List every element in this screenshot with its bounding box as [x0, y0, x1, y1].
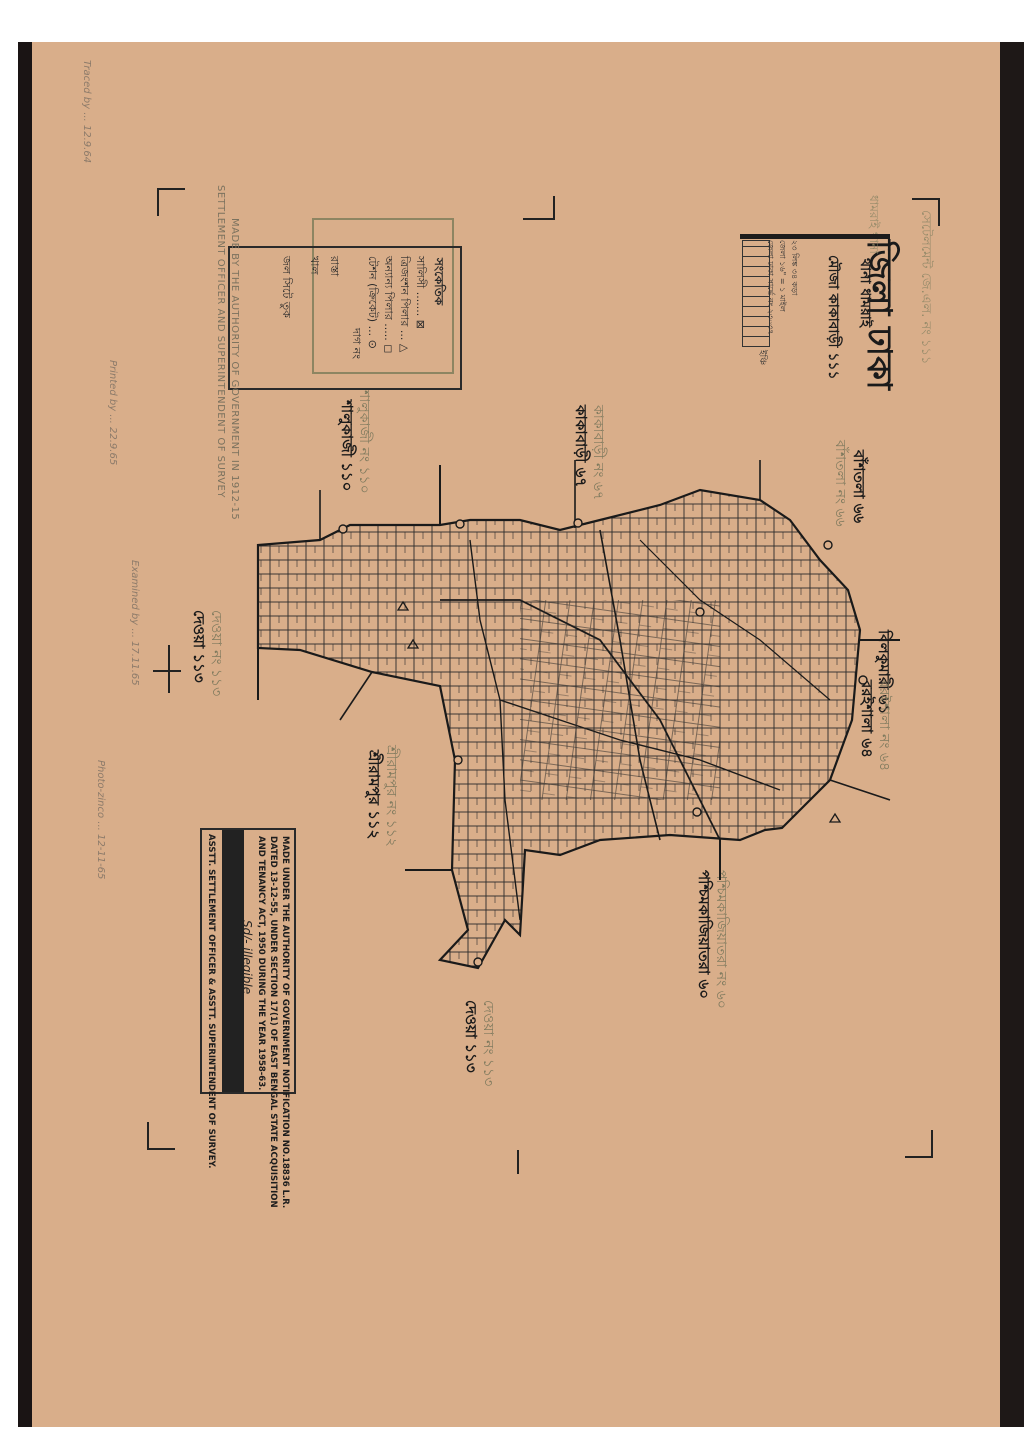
boundary-tick [340, 672, 372, 720]
cadastral-parcel-map [0, 0, 1024, 1447]
boundary-tick [830, 780, 890, 800]
